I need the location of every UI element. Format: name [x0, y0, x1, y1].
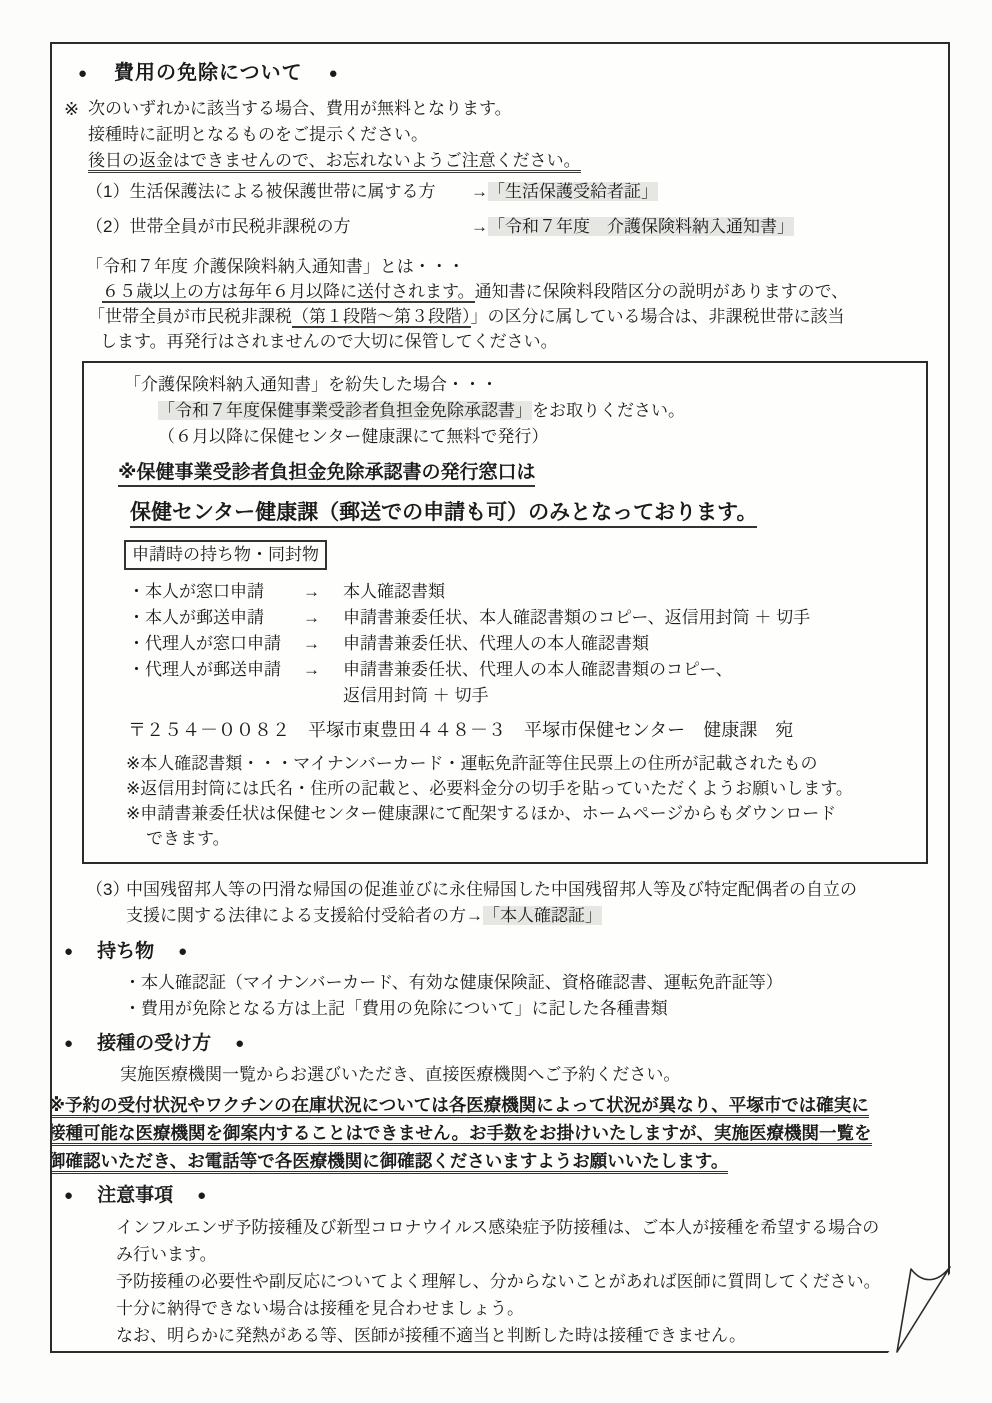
- about-line-3: します。再発行はされませんので大切に保管してください。: [86, 329, 934, 354]
- condition-item-1: （1）生活保護法による被保護世帯に属する方 →「生活保護受給者証」: [64, 179, 934, 205]
- bullet-icon: ●: [197, 1187, 206, 1204]
- condition-list: （1）生活保護法による被保護世帯に属する方 →「生活保護受給者証」 （2）世帯全…: [64, 179, 934, 240]
- kome-marker: ※: [64, 96, 88, 174]
- intro-line-1: 次のいずれかに該当する場合、費用が無料となります。: [88, 96, 581, 122]
- caution-line-5: なお、明らかに発熱がある等、医師が接種不適当と判断した時は接種できません。: [116, 1322, 934, 1349]
- page-title-text: 費用の免除について: [114, 62, 303, 84]
- intro-paragraph: ※ 次のいずれかに該当する場合、費用が無料となります。 接種時に証明となるものを…: [64, 96, 934, 174]
- table-row: ・代理人が窓口申請→申請書兼委任状、代理人の本人確認書類: [128, 631, 910, 657]
- bullet-icon: ●: [329, 65, 339, 82]
- intro-lines: 次のいずれかに該当する場合、費用が無料となります。 接種時に証明となるものをご提…: [88, 96, 581, 174]
- caution-line-1: インフルエンザ予防接種及び新型コロナウイルス感染症予防接種は、ご本人が接種を希望…: [116, 1214, 934, 1241]
- how-to-receive-heading: ●接種の受け方●: [64, 1030, 934, 1057]
- exemption-approval-box: 「介護保険料納入通知書」を紛失した場合・・・ 「令和７年度保健事業受診者負担金免…: [82, 361, 928, 864]
- condition-3-document: 「本人確認証」: [483, 906, 602, 925]
- reservation-warning-paragraph: ※予約の受付状況やワクチンの在庫状況については各医療機関によって状況が異なり、平…: [50, 1091, 942, 1175]
- footnote-3: ※申請書兼委任状は保健センター健康課にて配架するほか、ホームページからもダウンロ…: [126, 801, 910, 826]
- arrow-icon: →: [303, 579, 343, 605]
- table-row-continuation: 返信用封筒 ＋ 切手: [128, 683, 910, 709]
- condition-1-document: 「生活保護受給者証」: [488, 182, 658, 201]
- issuing-window-line-2: 保健センター健康課（郵送での申請も可）のみとなっております。: [130, 496, 910, 529]
- bullet-icon: ●: [178, 943, 187, 960]
- document-page: ●費用の免除について● ※ 次のいずれかに該当する場合、費用が無料となります。 …: [50, 42, 950, 1353]
- about-notice-paragraph: 「令和７年度 介護保険料納入通知書」とは・・・ ６５歳以上の方は毎年６月以降に送…: [64, 254, 934, 354]
- about-line-1: ６５歳以上の方は毎年６月以降に送付されます。通知書に保険料段階区分の説明がありま…: [86, 279, 934, 304]
- intro-line-2: 接種時に証明となるものをご提示ください。: [88, 122, 581, 148]
- footnote-1: ※本人確認書類・・・マイナンバーカード・運転免許証等住民票上の住所が記載されたも…: [126, 751, 910, 776]
- how-to-receive-section: ●接種の受け方● 実施医療機関一覧からお選びいただき、直接医療機関へご予約くださ…: [64, 1030, 934, 1088]
- bullet-icon: ●: [235, 1035, 244, 1052]
- how-to-receive-line: 実施医療機関一覧からお選びいただき、直接医療機関へご予約ください。: [64, 1062, 934, 1088]
- arrow-icon: →: [303, 657, 343, 683]
- warning-line-1: ※予約の受付状況やワクチンの在庫状況については各医療機関によって状況が異なり、平…: [50, 1095, 869, 1118]
- belongings-line-2: ・費用が免除となる方は上記「費用の免除について」に記した各種書類: [124, 996, 934, 1022]
- about-heading: 「令和７年度 介護保険料納入通知書」とは・・・: [86, 254, 934, 279]
- bullet-icon: ●: [64, 1187, 73, 1204]
- belongings-section: ●持ち物● ・本人確認証（マイナンバーカード、有効な健康保険証、資格確認書、運転…: [64, 938, 934, 1022]
- issue-note: （６月以降に保健センター健康課にて無料で発行）: [158, 424, 910, 450]
- box-footnotes: ※本人確認書類・・・マイナンバーカード・運転免許証等住民票上の住所が記載されたも…: [126, 751, 910, 851]
- condition-2-document: 「令和７年度 介護保険料納入通知書」: [488, 217, 794, 236]
- bullet-icon: ●: [64, 1035, 73, 1052]
- condition-1-result: →「生活保護受給者証」: [471, 179, 658, 205]
- arrow-icon: →: [303, 631, 343, 657]
- page-title: ●費用の免除について●: [78, 58, 934, 89]
- bullet-icon: ●: [78, 65, 88, 82]
- approval-document-name: 「令和７年度保健事業受診者負担金免除承認書」: [158, 401, 532, 420]
- condition-2-result: →「令和７年度 介護保険料納入通知書」: [471, 214, 794, 240]
- about-line-2: 「世帯全員が市民税非課税（第１段階～第３段階）」の区分に属している場合は、非課税…: [86, 304, 934, 329]
- belongings-heading: ●持ち物●: [64, 938, 934, 965]
- table-row: ・代理人が郵送申請→申請書兼委任状、代理人の本人確認書類のコピー、: [128, 657, 910, 683]
- caution-line-4: 十分に納得できない場合は接種を見合わせましょう。: [116, 1295, 934, 1322]
- arrow-icon: →: [471, 182, 488, 201]
- condition-item-3: （3） 中国残留邦人等の円滑な帰国の促進並びに永住帰国した中国残留邦人等及び特定…: [64, 877, 934, 929]
- footnote-3-continuation: できます。: [126, 826, 910, 851]
- issuing-window-line-1: ※保健事業受診者負担金免除承認書の発行窓口は: [118, 457, 910, 488]
- intro-line-3: 後日の返金はできませんので、お忘れないようご注意ください。: [88, 148, 581, 174]
- get-approval-line: 「令和７年度保健事業受診者負担金免除承認書」をお取りください。: [158, 398, 910, 424]
- arrow-icon: →: [303, 605, 343, 631]
- warning-line-3: 御確認いただき、お電話等で各医療機関に御確認くださいますようお願いいたします。: [50, 1151, 728, 1174]
- condition-3-text: 中国残留邦人等の円滑な帰国の促進並びに永住帰国した中国残留邦人等及び特定配偶者の…: [126, 877, 857, 929]
- lost-notice-heading: 「介護保険料納入通知書」を紛失した場合・・・: [124, 372, 910, 398]
- arrow-icon: →: [471, 217, 488, 236]
- cautions-section: ●注意事項● インフルエンザ予防接種及び新型コロナウイルス感染症予防接種は、ご本…: [64, 1182, 934, 1349]
- application-items-table: ・本人が窓口申請→本人確認書類 ・本人が郵送申請→申請書兼委任状、本人確認書類の…: [128, 579, 910, 709]
- table-row: ・本人が郵送申請→申請書兼委任状、本人確認書類のコピー、返信用封筒 ＋ 切手: [128, 605, 910, 631]
- cautions-heading: ●注意事項●: [64, 1182, 934, 1209]
- condition-2-label: （2）世帯全員が市民税非課税の方: [86, 214, 471, 240]
- caution-line-2: み行います。: [116, 1241, 934, 1268]
- bullet-icon: ●: [64, 943, 73, 960]
- warning-line-2: 接種可能な医療機関を御案内することはできません。お手数をお掛けいたしますが、実施…: [50, 1123, 872, 1146]
- caution-line-3: 予防接種の必要性や副反応についてよく理解し、分からないことがあれば医師に質問して…: [116, 1268, 934, 1295]
- condition-1-label: （1）生活保護法による被保護世帯に属する方: [86, 179, 471, 205]
- belongings-line-1: ・本人確認証（マイナンバーカード、有効な健康保険証、資格確認書、運転免許証等）: [124, 970, 934, 996]
- table-row: ・本人が窓口申請→本人確認書類: [128, 579, 910, 605]
- application-items-label: 申請時の持ち物・同封物: [124, 540, 327, 570]
- footnote-2: ※返信用封筒には氏名・住所の記載と、必要料金分の切手を貼っていただくようお願いし…: [126, 776, 910, 801]
- mailing-address: 〒２５４－００８２ 平塚市東豊田４４８－３ 平塚市保健センター 健康課 宛: [128, 716, 910, 745]
- condition-item-2: （2）世帯全員が市民税非課税の方 →「令和７年度 介護保険料納入通知書」: [64, 214, 934, 240]
